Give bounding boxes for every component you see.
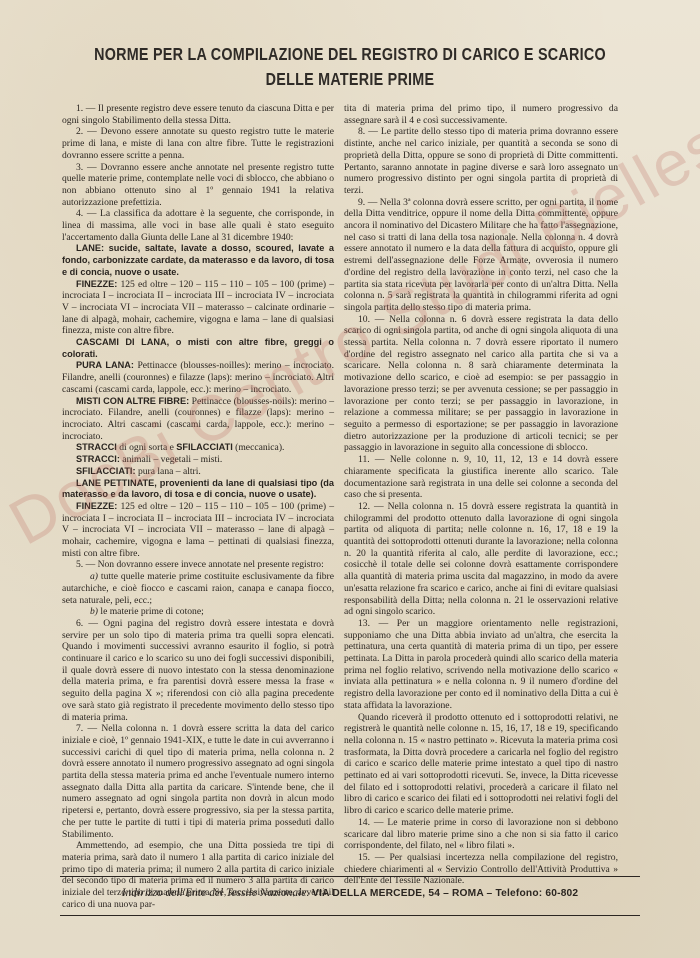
paragraph-3: 3. — Dovranno essere anche annotate nel … [62,162,334,209]
paragraph-2: 2. — Devono essere annotate su questo re… [62,126,334,161]
document-page: NORME PER LA COMPILAZIONE DEL REGISTRO D… [0,0,700,958]
pura-lana-label: PURA LANA: [76,360,134,370]
paragraph-11: 11. — Nelle colonne n. 9, 10, 11, 12, 13… [344,454,618,501]
finezze-2: FINEZZE: 125 ed oltre – 120 – 115 – 110 … [62,501,334,560]
paragraph-8: 8. — Le partite dello stesso tipo di mat… [344,126,618,196]
paragraph-6: 6. — Ogni pagina del registro dovrà esse… [62,618,334,723]
stracci-heading-c: SFILACCIATI [176,442,232,452]
paragraph-13: 13. — Per un maggiore orientamento nelle… [344,618,618,712]
cascami-heading: CASCAMI DI LANA, o misti con altre fibre… [62,337,334,360]
paragraph-5b: b) le materie prime di cotone; [62,606,334,618]
paragraph-5a-text: tutte quelle materie prime costituite es… [62,571,334,605]
finezze-1-label: FINEZZE: [76,279,117,289]
paragraph-1: 1. — Il presente registro deve essere te… [62,103,334,126]
stracci-heading-a: STRACCI [76,442,117,452]
title-line-1: NORME PER LA COMPILAZIONE DEL REGISTRO D… [63,42,637,67]
footer-address: VIA DELLA MERCEDE, 54 – ROMA – Telefono:… [312,888,578,899]
lane-heading: LANE: sucide, saltate, lavate a dosso, s… [62,243,334,278]
lane-pettinate-heading: LANE PETTINATE, provenienti da lane di q… [62,478,334,501]
stracci-heading: STRACCI di ogni sorta e SFILACCIATI (mec… [62,442,334,454]
paragraph-12: 12. — Nella colonna n. 15 dovrà essere r… [344,501,618,618]
paragraph-4: 4. — La classifica da adottare è la segu… [62,208,334,243]
paragraph-10: 10. — Nella colonna n. 6 dovrà essere re… [344,314,618,454]
paragraph-7: 7. — Nella colonna n. 1 dovrà essere scr… [62,723,334,840]
stracci: STRACCI: animali – vegetali – misti. [62,454,334,466]
stracci-label: STRACCI: [76,454,120,464]
misti-label: MISTI CON ALTRE FIBRE: [76,396,189,406]
paragraph-13b: Quando riceverà il prodotto ottenuto ed … [344,712,618,817]
sfilacciati: SFILACCIATI: pura lana – altri. [62,466,334,478]
footer-rule-bottom [60,915,640,916]
paragraph-5: 5. — Non dovranno essere invece annotate… [62,559,334,571]
paragraph-5a-label: a) [90,571,98,582]
sfilacciati-text: pura lana – altri. [136,466,201,477]
paragraph-15: 15. — Per qualsiasi incertezza nella com… [344,852,618,887]
footer-rule-top [60,876,640,877]
paragraph-5b-label: b) [90,606,98,617]
footer-label: Indirizzo dell'Ente del Tessile Nazional… [122,887,310,899]
sfilacciati-label: SFILACCIATI: [76,466,136,476]
finezze-2-label: FINEZZE: [76,501,117,511]
paragraph-5a: a) tutte quelle materie prime costituite… [62,571,334,606]
left-column: 1. — Il presente registro deve essere te… [62,103,334,911]
footer: Indirizzo dell'Ente del Tessile Nazional… [0,887,700,899]
document-title: NORME PER LA COMPILAZIONE DEL REGISTRO D… [63,42,637,92]
misti-altre-fibre: MISTI CON ALTRE FIBRE: Pettinacce (blous… [62,396,334,443]
paragraph-7c: tita di materia prima del primo tipo, il… [344,103,618,126]
finezze-1: FINEZZE: 125 ed oltre – 120 – 115 – 110 … [62,279,334,338]
stracci-heading-d: (meccanica). [233,442,285,453]
paragraph-9: 9. — Nella 3ª colonna dovrà essere scrit… [344,197,618,314]
paragraph-5b-text: le materie prime di cotone; [98,606,204,617]
stracci-text: animali – vegetali – misti. [120,454,222,465]
stracci-heading-b: di ogni sorta e [117,442,176,453]
right-column: tita di materia prima del primo tipo, il… [344,103,618,887]
paragraph-14: 14. — Le materie prime in corso di lavor… [344,817,618,852]
title-line-2: DELLE MATERIE PRIME [63,67,637,92]
pura-lana: PURA LANA: Pettinacce (blousses-noilles)… [62,360,334,395]
